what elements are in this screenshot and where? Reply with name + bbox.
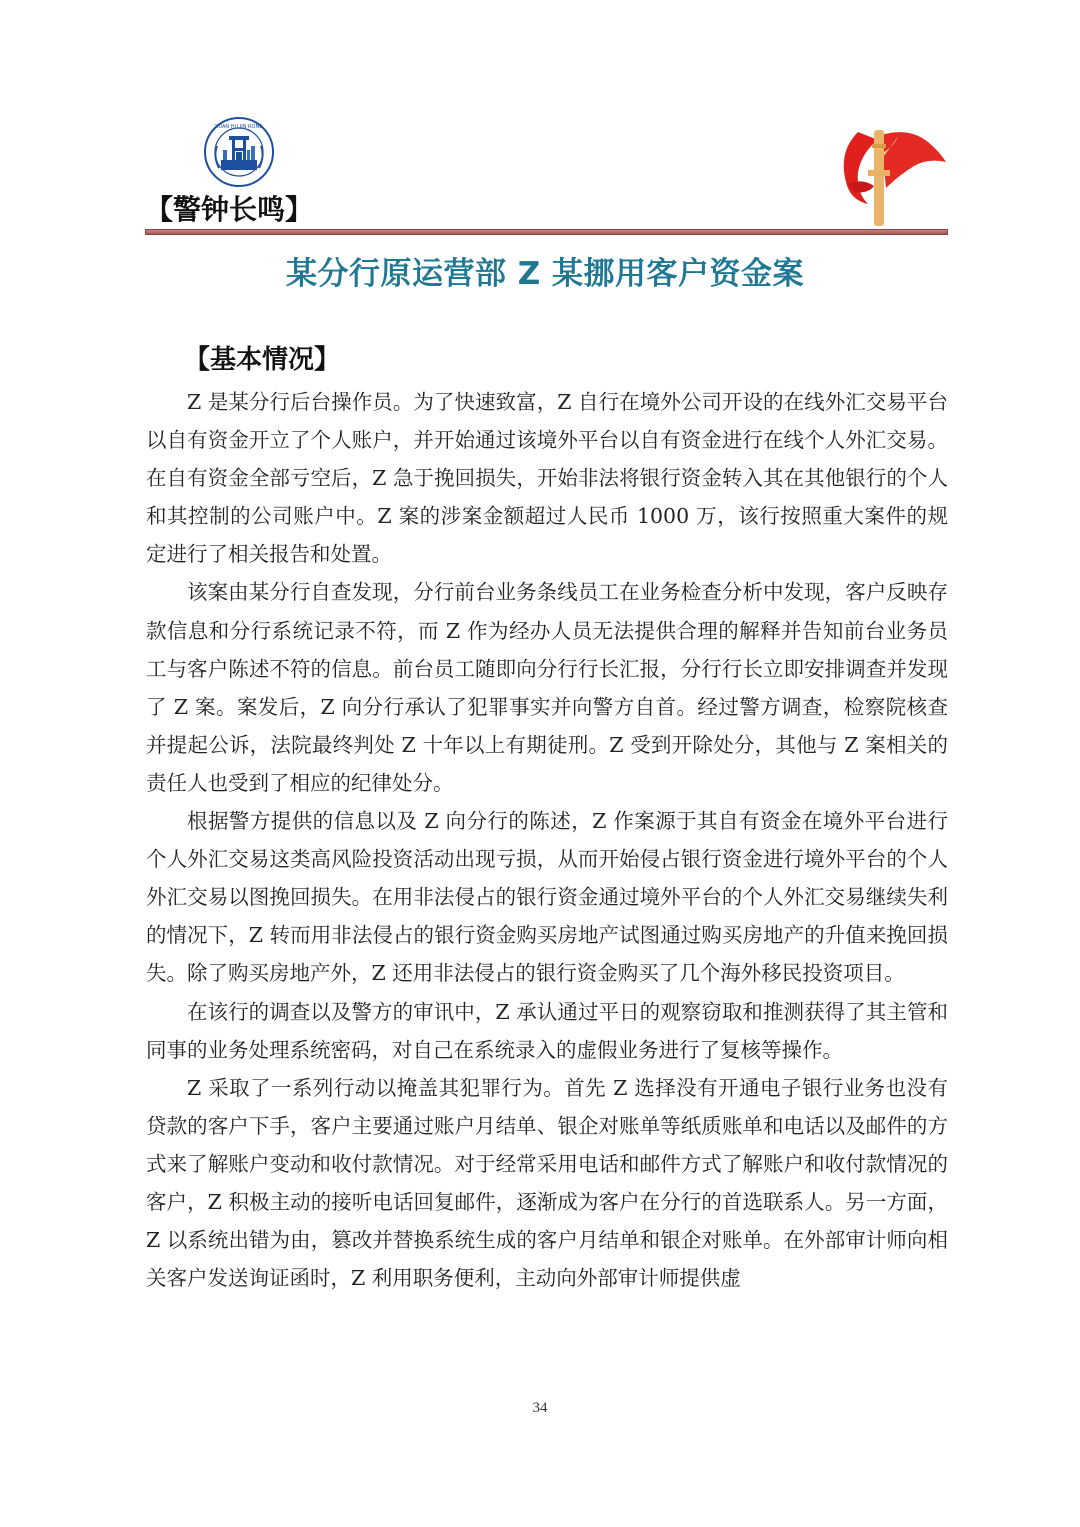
document-page: XUAN HU JIN RONG 【警钟长鸣】 某分行原运营部 Z 某挪用客户资…	[0, 0, 1080, 1527]
paragraph: Z 是某分行后台操作员。为了快速致富，Z 自行在境外公司开设的在线外汇交易平台以…	[146, 383, 948, 573]
red-flag-huabiao-icon	[828, 122, 948, 232]
logo-ring-text: XUAN HU JIN RONG	[215, 124, 263, 130]
page-number: 34	[0, 1400, 1080, 1417]
paragraph: Z 采取了一系列行动以掩盖其犯罪行为。首先 Z 选择没有开通电子银行业务也没有贷…	[146, 1069, 948, 1298]
section-heading: 【基本情况】	[184, 341, 340, 379]
page-header: XUAN HU JIN RONG 【警钟长鸣】	[145, 110, 950, 240]
paragraph: 在该行的调查以及警方的审讯中，Z 承认通过平日的观察窃取和推测获得了其主管和同事…	[146, 993, 948, 1069]
document-title: 某分行原运营部 Z 某挪用客户资金案	[140, 252, 950, 296]
header-divider	[145, 229, 948, 235]
bank-emblem-icon: XUAN HU JIN RONG	[203, 116, 275, 188]
paragraph: 该案由某分行自查发现，分行前台业务条线员工在业务检查分析中发现，客户反映存款信息…	[146, 573, 948, 802]
body-text: Z 是某分行后台操作员。为了快速致富，Z 自行在境外公司开设的在线外汇交易平台以…	[146, 383, 948, 1297]
paragraph: 根据警方提供的信息以及 Z 向分行的陈述，Z 作案源于其自有资金在境外平台进行个…	[146, 802, 948, 992]
section-tag: 【警钟长鸣】	[145, 192, 313, 228]
